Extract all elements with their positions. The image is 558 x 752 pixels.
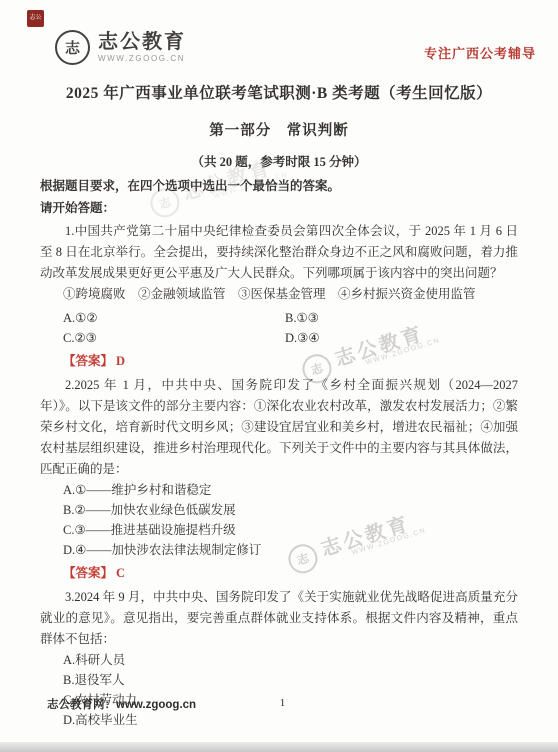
option-a: A.①② — [63, 308, 285, 328]
option-c: C.③——推进基础设施提档升级 — [40, 520, 518, 540]
page-number: 1 — [47, 697, 518, 709]
question-stem: 3.2024 年 9 月，中共中央、国务院印发了《关于实施就业优先战略促进高质量… — [40, 587, 518, 650]
start-prompt: 请开始答题： — [40, 198, 518, 218]
question-stem: 1.中国共产党第二十届中央纪律检查委员会第四次全体会议，于 2025 年 1 月… — [40, 221, 518, 284]
answer-letter: C — [116, 566, 125, 580]
option-a: A.科研人员 — [40, 650, 518, 670]
footer: 志公教育网：www.zgoog.cn 1 — [47, 696, 518, 712]
page-bottom-edge — [0, 742, 558, 752]
answer-label: 【答案】 — [63, 566, 113, 580]
corner-seal-badge: 志公 — [27, 10, 44, 27]
brand-text: 志公教育 WWW.ZGOOG.CN — [98, 32, 186, 63]
question-2: 2.2025 年 1 月，中共中央、国务院印发了《乡村全面振兴规划（2024—2… — [40, 375, 518, 583]
option-d: D.④——加快涉农法律法规制定修订 — [40, 540, 518, 560]
document-title: 2025 年广西事业单位联考笔试职测·B 类考题（考生回忆版） — [0, 83, 558, 105]
option-a: A.①——维护乡村和谐稳定 — [40, 480, 518, 500]
question-stem: 2.2025 年 1 月，中共中央、国务院印发了《乡村全面振兴规划（2024—2… — [40, 375, 518, 480]
answer-line: 【答案】D — [40, 351, 518, 371]
question-1: 1.中国共产党第二十届中央纪律检查委员会第四次全体会议，于 2025 年 1 月… — [40, 221, 518, 371]
brand-logo: 志 志公教育 WWW.ZGOOG.CN — [55, 30, 186, 65]
option-d: D.③④ — [285, 328, 518, 348]
answer-letter: D — [116, 354, 125, 368]
brand-name: 志公教育 — [98, 32, 186, 52]
answer-line: 【答案】C — [40, 563, 518, 583]
exam-document-page: 志公 志 志公教育 WWW.ZGOOG.CN 志 志公教育 WWW.ZGOOG.… — [0, 0, 558, 752]
option-c: C.②③ — [63, 328, 285, 348]
option-grid: A.①② B.①③ C.②③ D.③④ — [40, 308, 518, 348]
question-sub-items: ①跨境腐败 ②金融领域监管 ③医保基金管理 ④乡村振兴资金使用监管 — [40, 284, 518, 305]
section-heading: 第一部分 常识判断 — [0, 121, 558, 141]
section-meta: （共 20 题，参考时限 15 分钟） — [0, 153, 558, 171]
header: 志 志公教育 WWW.ZGOOG.CN 专注广西公考辅导 — [0, 0, 558, 65]
instruction-text: 根据题目要求，在四个选项中选出一个最恰当的答案。 — [40, 176, 518, 196]
document-body: 根据题目要求，在四个选项中选出一个最恰当的答案。 请开始答题： 1.中国共产党第… — [0, 176, 558, 730]
brand-url: WWW.ZGOOG.CN — [98, 54, 186, 63]
option-d: D.高校毕业生 — [40, 710, 518, 730]
brand-tagline: 专注广西公考辅导 — [424, 43, 536, 62]
option-b: B.②——加快农业绿色低碳发展 — [40, 500, 518, 520]
answer-label: 【答案】 — [63, 354, 113, 368]
brand-seal-icon: 志 — [55, 30, 90, 65]
option-b: B.退役军人 — [40, 670, 518, 690]
option-b: B.①③ — [285, 308, 518, 328]
